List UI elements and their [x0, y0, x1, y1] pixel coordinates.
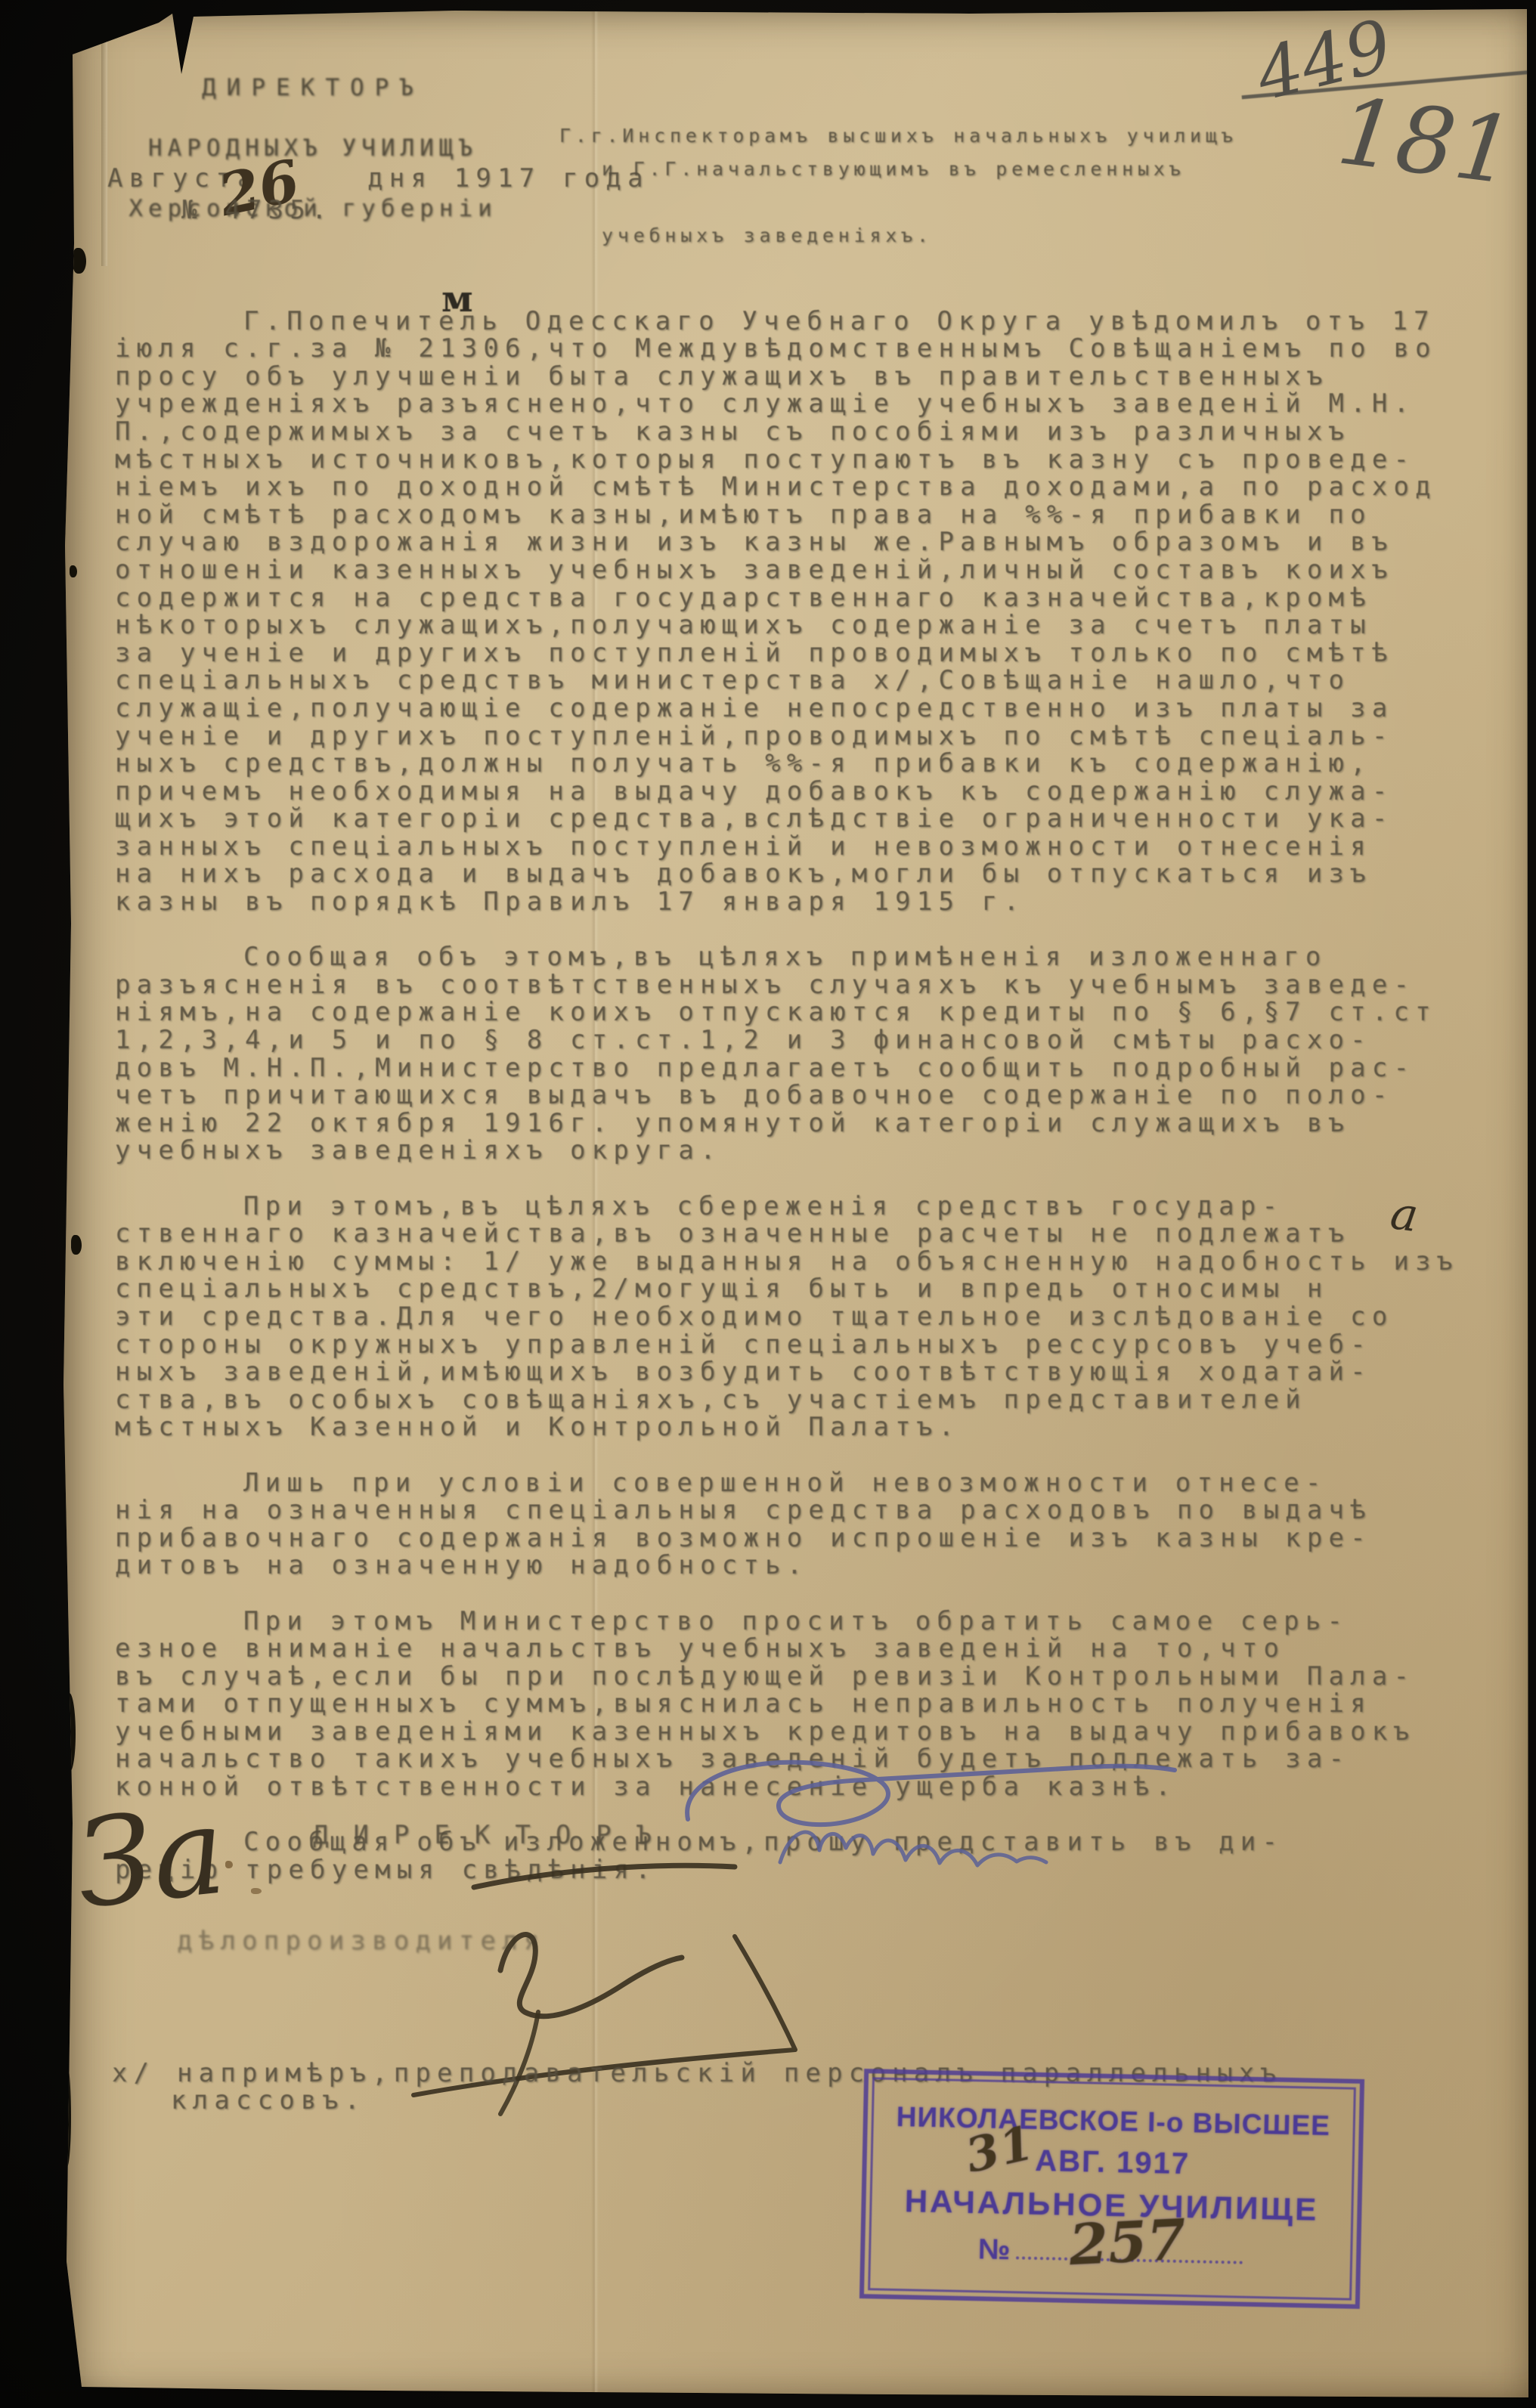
paper-tear-mark [73, 248, 86, 274]
stamp-handwritten-number: 257 [1067, 2208, 1187, 2278]
addressee-block: Г.г.Инспекторамъ высшихъ начальныхъ учил… [559, 86, 1237, 286]
letterhead-title: ДИРЕКТОРЪ [71, 73, 555, 103]
body-paragraph-2: Сообщая объ этомъ,въ цѣляхъ примѣненія и… [115, 943, 1483, 1165]
paper-edge-blot [63, 1693, 76, 1772]
document-paper: 449 181 ДИРЕКТОРЪ НАРОДНЫХЪ УЧИЛИЩЪ Херс… [62, 9, 1528, 2397]
stamp-date-line: 31АВГ. 1917 [1035, 2137, 1191, 2187]
stamp-date-text: АВГ. 1917 [1035, 2144, 1191, 2181]
letter-body: Г.Попечитель Одесскаго Учебнаго Округа у… [115, 280, 1483, 1911]
stamp-number-label: № [978, 2233, 1011, 2266]
signature-top-stroke [474, 1865, 735, 1887]
body-paragraph-4: Лишь при условіи совершенной невозможнос… [115, 1469, 1483, 1580]
scanned-archival-letter: { "document": { "archival_marks": { "cro… [0, 0, 1536, 2408]
paper-edge-tear [62, 2062, 71, 2168]
addressee-line2: и Г.Г.начальствующимъ въ ремесленныхъ [602, 153, 1237, 186]
stamp-number-line: №257 [978, 2225, 1244, 2274]
stamp-inner-frame: НИКОЛАЕВСКОЕ І-о ВЫСШЕЕ 31АВГ. 1917 НАЧА… [868, 2077, 1356, 2300]
signature-flourish [687, 1763, 1175, 1825]
stamp-handwritten-day: 31 [962, 2119, 1039, 2180]
crossed-out-page-number: 449 [1248, 5, 1399, 117]
letterhead-subtitle: НАРОДНЫХЪ УЧИЛИЩЪ [148, 135, 478, 162]
date-month: Августа [107, 163, 259, 193]
paper-speck [71, 1235, 82, 1255]
folio-number: 181 [1332, 77, 1519, 205]
stamp-school-name-top: НИКОЛАЕВСКОЕ І-о ВЫСШЕЕ [896, 2101, 1330, 2142]
addressee-line1: Г.г.Инспекторамъ высшихъ начальныхъ учил… [559, 125, 1237, 147]
document-number: № 4735. [181, 197, 333, 224]
strike-through-line [1242, 68, 1536, 100]
body-paragraph-1: Г.Попечитель Одесскаго Учебнаго Округа у… [115, 308, 1483, 916]
paper-speck [70, 565, 77, 577]
signature-name-stroke [500, 1935, 682, 2016]
addressee-line3: учебныхъ заведеніяхъ. [602, 219, 1237, 252]
school-receipt-stamp: НИКОЛАЕВСКОЕ І-о ВЫСШЕЕ 31АВГ. 1917 НАЧА… [859, 2069, 1364, 2309]
body-paragraph-3: При этомъ,въ цѣляхъ сбереженія средствъ … [115, 1193, 1483, 1441]
